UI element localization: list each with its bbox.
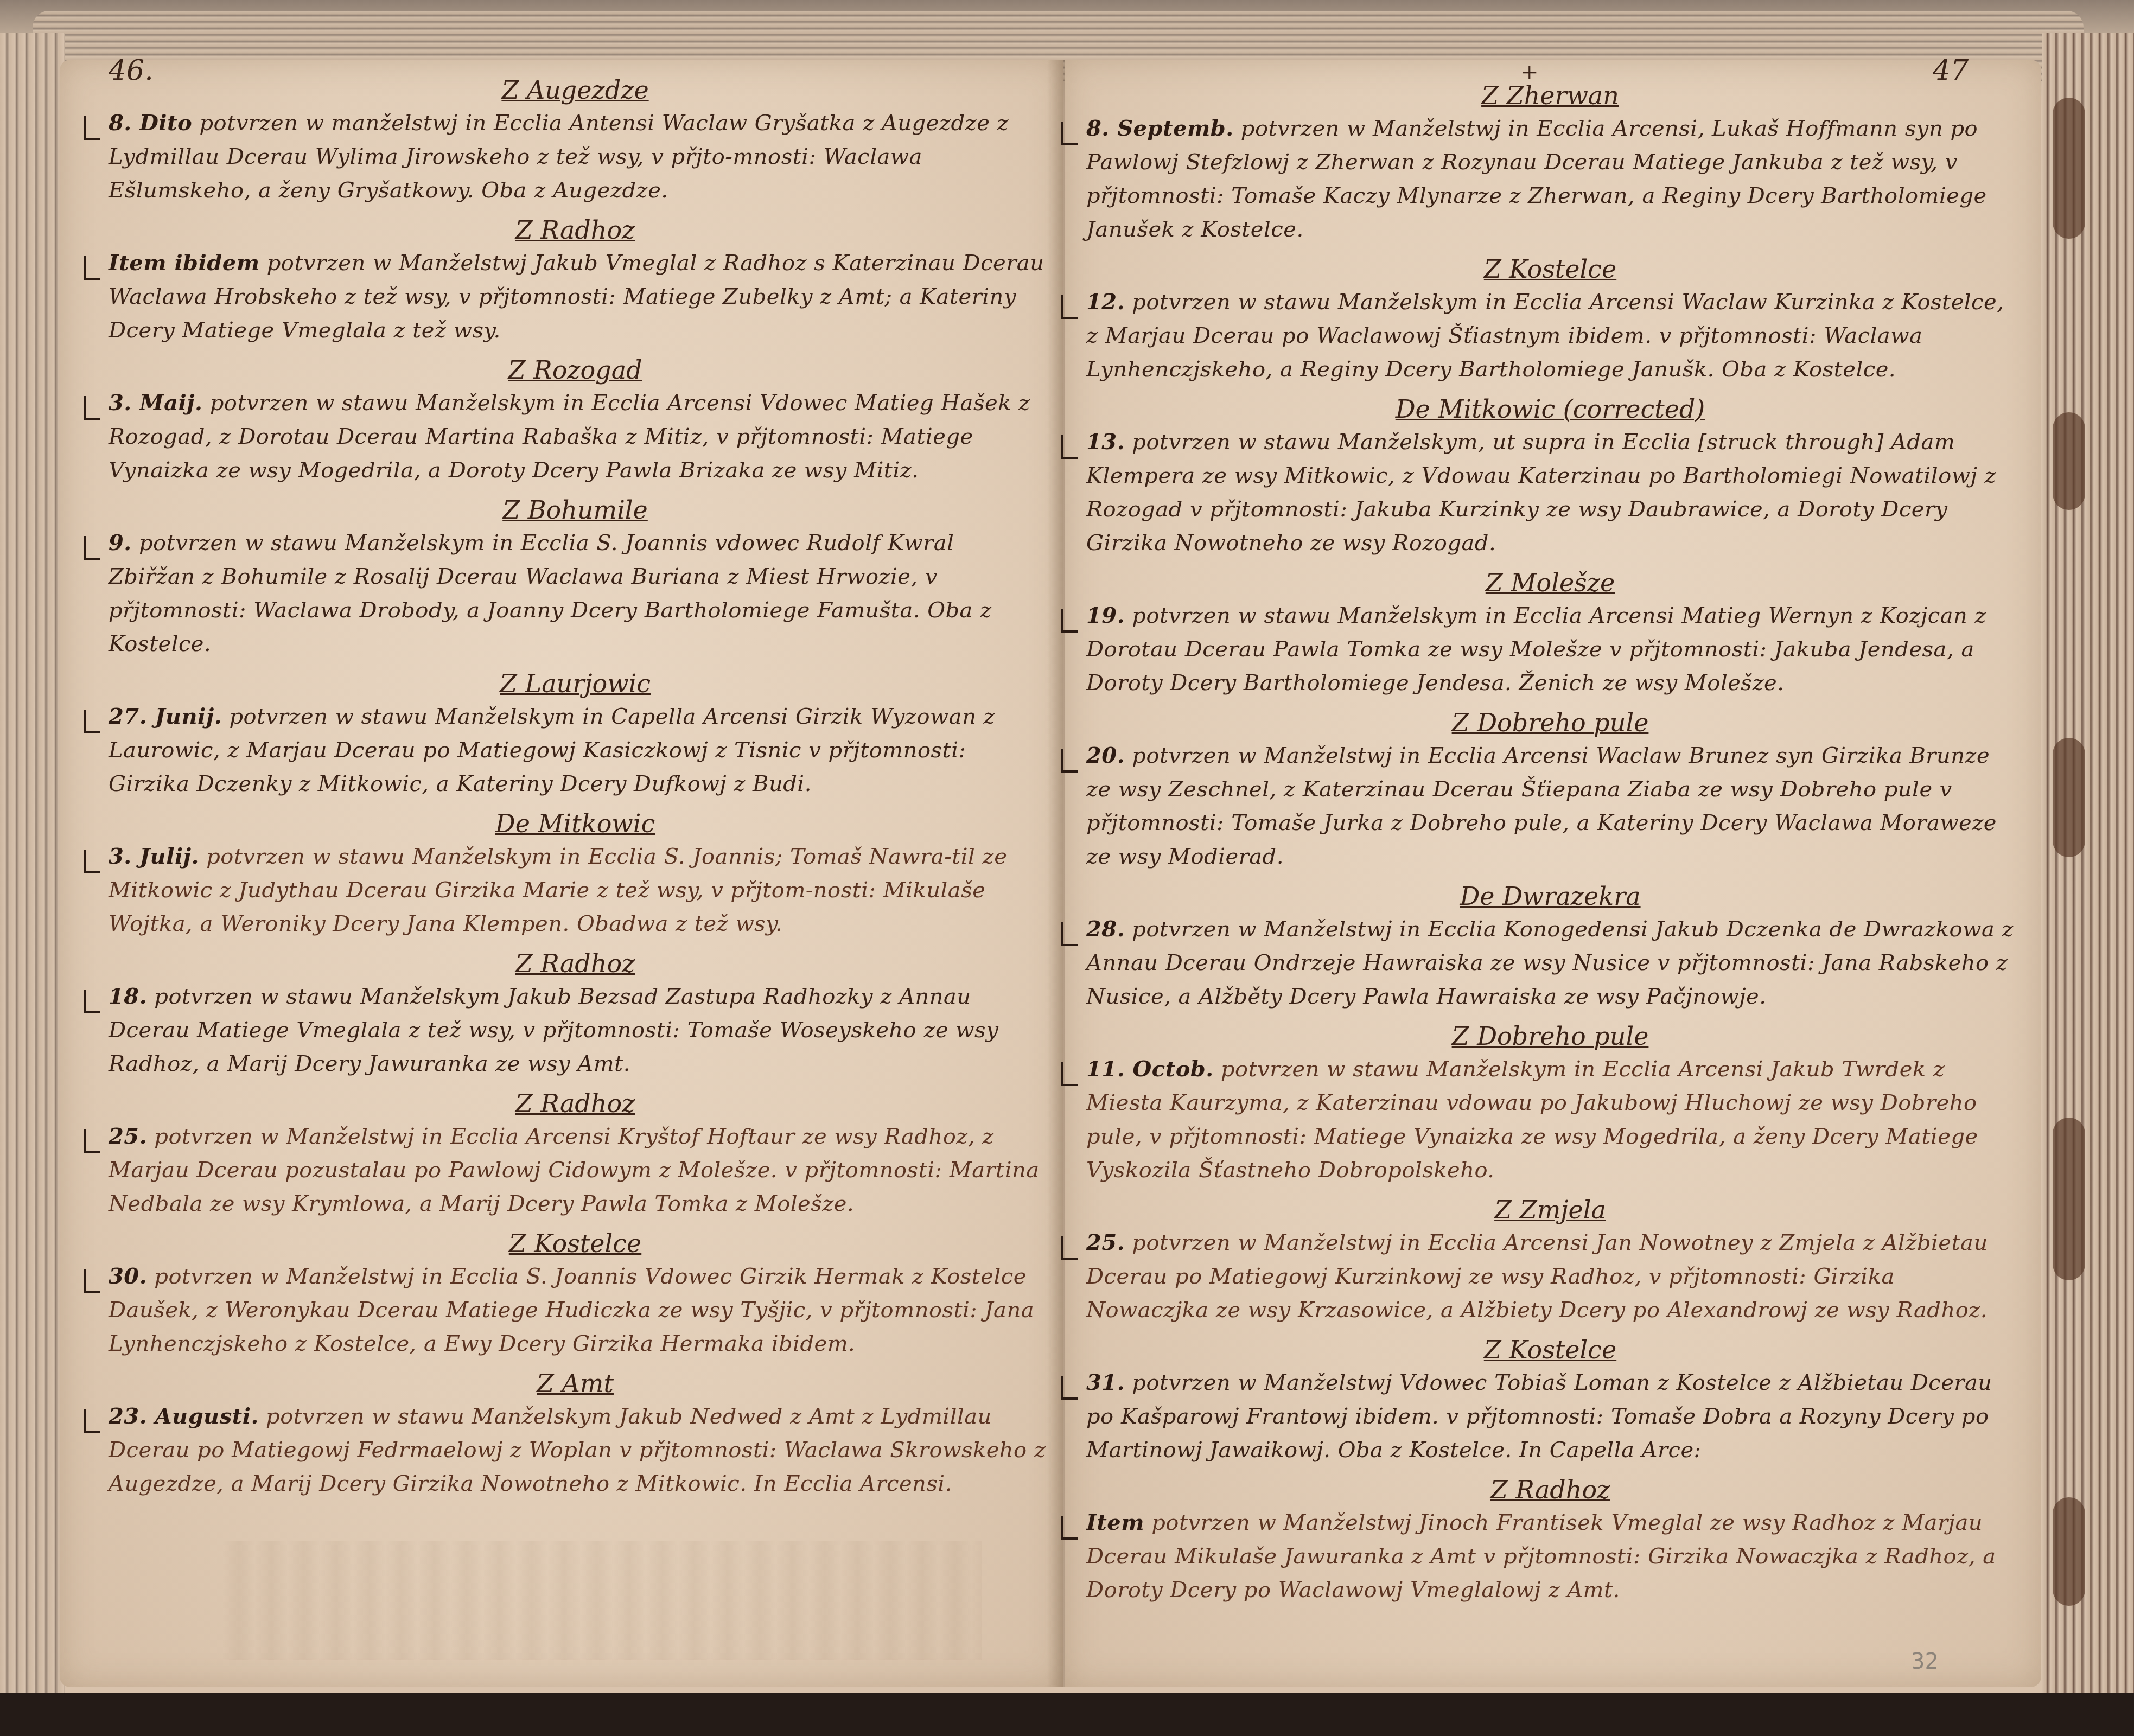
register-entry: 28. potvrzen w Manželstwj in Ecclia Kono… <box>1081 912 2020 1013</box>
entry-date: 30. <box>109 1263 147 1289</box>
entry-bracket-mark <box>1061 749 1078 773</box>
entry-text: potvrzen w manželstwj in Ecclia Antensi … <box>109 111 1009 203</box>
entry-text: potvrzen w stawu Manželskym in Ecclia Ar… <box>1086 603 1986 695</box>
place-heading: Z Radhoz <box>103 215 1047 245</box>
entry-text: potvrzen w Manželstwj in Ecclia Arcensi … <box>109 1124 1040 1216</box>
register-entry: 19. potvrzen w stawu Manželskym in Eccli… <box>1081 599 2020 700</box>
entry-bracket-mark <box>1061 295 1078 319</box>
entry-text: potvrzen w stawu Manželskym in Ecclia Ar… <box>1086 1057 1978 1183</box>
ink-stain <box>2053 1118 2085 1280</box>
ink-stain <box>2053 98 2085 239</box>
right-page-entries: Z Zherwan 8. Septemb. potvrzen w Manžels… <box>1081 76 2020 1614</box>
place-heading: Z Amt <box>103 1368 1047 1399</box>
entry-date: 18. <box>109 984 147 1009</box>
entry-bracket-mark <box>84 710 100 733</box>
register-entry: 30. potvrzen w Manželstwj in Ecclia S. J… <box>103 1260 1047 1361</box>
place-heading: Z Dobreho pule <box>1081 707 2020 738</box>
place-heading: Z Rozogad <box>103 355 1047 385</box>
entry-date: 20. <box>1086 743 1125 768</box>
entry-date: Item <box>1086 1510 1144 1535</box>
entry-text: potvrzen w Manželstwj in Ecclia Konogede… <box>1086 917 2014 1009</box>
entry-text: potvrzen w stawu Manželskym in Ecclia Ar… <box>1086 290 2004 382</box>
register-entry: 8. Dito potvrzen w manželstwj in Ecclia … <box>103 106 1047 207</box>
place-heading: Z Bohumile <box>103 495 1047 525</box>
entry-date: 31. <box>1086 1370 1125 1395</box>
entry-bracket-mark <box>84 536 100 560</box>
place-heading: Z Laurjowic <box>103 668 1047 699</box>
entry-text: potvrzen w stawu Manželskym, ut supra in… <box>1086 430 1996 556</box>
bleed-through-ink <box>222 1541 982 1660</box>
ink-stain <box>2053 412 2085 510</box>
place-heading: Z Radhoz <box>1081 1475 2020 1505</box>
place-heading: Z Radhoz <box>103 948 1047 979</box>
place-heading: Z Kostelce <box>103 1228 1047 1259</box>
entry-date: 13. <box>1086 429 1125 455</box>
place-heading: Z Molešze <box>1081 567 2020 598</box>
register-entry: 11. Octob. potvrzen w stawu Manželskym i… <box>1081 1052 2020 1187</box>
entry-date: 9. <box>109 530 132 556</box>
entry-date: 11. Octob. <box>1086 1056 1214 1082</box>
entry-date: 28. <box>1086 916 1125 942</box>
entry-date: 3. Maij. <box>109 390 202 416</box>
place-heading: De Mitkowic <box>103 808 1047 839</box>
entry-text: potvrzen w Manželstwj in Ecclia S. Joann… <box>109 1264 1034 1356</box>
register-entry: 13. potvrzen w stawu Manželskym, ut supr… <box>1081 425 2020 560</box>
entry-date: 19. <box>1086 603 1125 628</box>
register-entry: Item potvrzen w Manželstwj Jinoch Franti… <box>1081 1506 2020 1607</box>
register-entry: 25. potvrzen w Manželstwj in Ecclia Arce… <box>103 1120 1047 1221</box>
place-heading: Z Radhoz <box>103 1088 1047 1119</box>
register-entry: 27. Junij. potvrzen w stawu Manželskym i… <box>103 700 1047 801</box>
place-heading: Z Zherwan <box>1081 80 2020 111</box>
entry-bracket-mark <box>84 990 100 1013</box>
register-entry: 18. potvrzen w stawu Manželskym Jakub Be… <box>103 980 1047 1081</box>
entry-bracket-mark <box>84 256 100 280</box>
entry-bracket-mark <box>1061 609 1078 633</box>
register-entry: 25. potvrzen w Manželstwj in Ecclia Arce… <box>1081 1226 2020 1327</box>
place-heading: Z Augezdze <box>103 75 1047 105</box>
table-surface-shadow <box>0 1693 2134 1736</box>
left-page-entries: Z Augezdze 8. Dito potvrzen w manželstwj… <box>103 71 1047 1508</box>
entry-bracket-mark <box>1061 122 1078 145</box>
register-entry: 3. Maij. potvrzen w stawu Manželskym in … <box>103 386 1047 487</box>
entry-bracket-mark <box>84 1129 100 1153</box>
entry-date: 27. Junij. <box>109 704 222 729</box>
right-page-stack <box>2042 33 2134 1693</box>
entry-date: 23. Augusti. <box>109 1403 259 1429</box>
register-entry: 12. potvrzen w stawu Manželskym in Eccli… <box>1081 285 2020 386</box>
entry-text: potvrzen w Manželstwj in Ecclia Arcensi … <box>1086 1230 1988 1323</box>
open-book: 46. Z Augezdze 8. Dito potvrzen w manžel… <box>0 0 2134 1736</box>
register-entry: 23. Augusti. potvrzen w stawu Manželskym… <box>103 1400 1047 1501</box>
left-page-stack <box>0 33 65 1736</box>
entry-text: potvrzen w Manželstwj in Ecclia Arcensi … <box>1086 743 1997 869</box>
entry-bracket-mark <box>1061 435 1078 459</box>
entry-text: potvrzen w stawu Manželskym in Ecclia S.… <box>109 531 992 656</box>
place-heading: Z Zmjela <box>1081 1195 2020 1225</box>
entry-text: potvrzen w Manželstwj Vdowec Tobiaš Loma… <box>1086 1370 1992 1463</box>
ink-stain <box>2053 1497 2085 1606</box>
entry-text: potvrzen w stawu Manželskym in Ecclia Ar… <box>109 391 1030 483</box>
register-entry: 8. Septemb. potvrzen w Manželstwj in Ecc… <box>1081 112 2020 246</box>
entry-date: 25. <box>109 1124 147 1149</box>
register-entry: 9. potvrzen w stawu Manželskym in Ecclia… <box>103 526 1047 661</box>
register-entry: 31. potvrzen w Manželstwj Vdowec Tobiaš … <box>1081 1366 2020 1467</box>
place-heading: Z Dobreho pule <box>1081 1021 2020 1051</box>
left-page: 46. Z Augezdze 8. Dito potvrzen w manžel… <box>60 60 1063 1687</box>
entry-bracket-mark <box>1061 1516 1078 1540</box>
entry-text: potvrzen w stawu Manželskym Jakub Bezsad… <box>109 984 998 1076</box>
entry-bracket-mark <box>1061 1236 1078 1260</box>
entry-text: potvrzen w stawu Manželskym in Ecclia S.… <box>109 844 1007 936</box>
entry-bracket-mark <box>84 850 100 873</box>
entry-date: 3. Julij. <box>109 844 199 869</box>
entry-date: 8. Septemb. <box>1086 116 1234 141</box>
entry-bracket-mark <box>84 116 100 140</box>
right-page: + 47 Z Zherwan 8. Septemb. potvrzen w Ma… <box>1065 60 2041 1687</box>
entry-bracket-mark <box>1061 1062 1078 1086</box>
register-entry: 3. Julij. potvrzen w stawu Manželskym in… <box>103 840 1047 941</box>
entry-bracket-mark <box>84 1409 100 1433</box>
entry-bracket-mark <box>1061 922 1078 946</box>
entry-text: potvrzen w stawu Manželskym in Capella A… <box>109 704 995 796</box>
place-heading: De Dwrazekra <box>1081 881 2020 911</box>
place-heading: De Mitkowic (corrected) <box>1081 394 2020 424</box>
register-entry: 20. potvrzen w Manželstwj in Ecclia Arce… <box>1081 739 2020 873</box>
entry-bracket-mark <box>84 1269 100 1293</box>
entry-date: Item ibidem <box>109 250 260 276</box>
entry-date: 12. <box>1086 289 1125 315</box>
entry-bracket-mark <box>84 396 100 420</box>
place-heading: Z Kostelce <box>1081 1335 2020 1365</box>
place-heading: Z Kostelce <box>1081 254 2020 284</box>
entry-text: potvrzen w Manželstwj Jinoch Frantisek V… <box>1086 1510 1996 1603</box>
entry-date: 25. <box>1086 1230 1125 1255</box>
entry-date: 8. Dito <box>109 110 192 136</box>
entry-bracket-mark <box>1061 1376 1078 1400</box>
ink-stain <box>2053 738 2085 857</box>
pencil-folio-number: 32 <box>1911 1649 1939 1674</box>
register-entry: Item ibidem potvrzen w Manželstwj Jakub … <box>103 246 1047 347</box>
